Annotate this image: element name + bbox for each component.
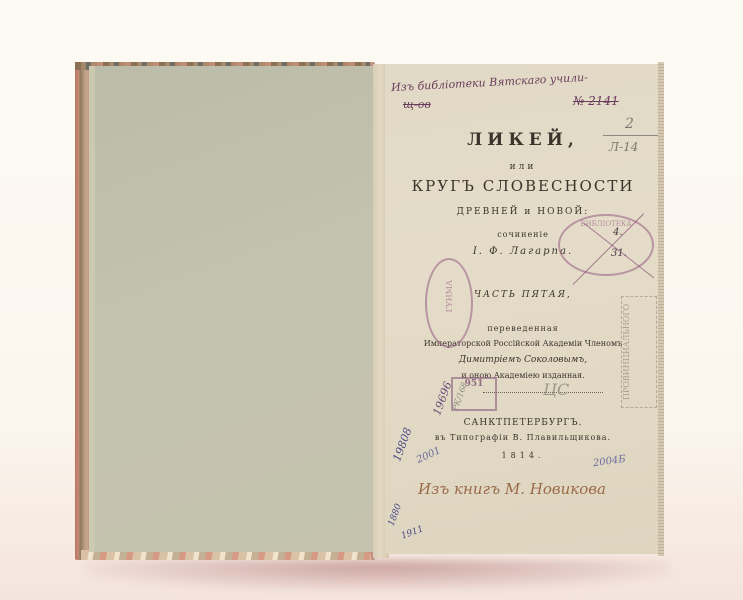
rectangular-stamp: ПРОВИНЦИАЛЬНОГО: [621, 296, 657, 408]
book-shadow: [85, 560, 670, 590]
stamp-left-text: ГУИМА: [445, 280, 454, 312]
stamp-library-text: БИБЛІОТЕКА: [560, 220, 652, 228]
translator-affiliation: Императорской Россійской Академіи Членом…: [385, 339, 661, 348]
publisher-line: и оною Академіею изданная.: [385, 371, 661, 380]
imprint-city: САНКТПЕТЕРБУРГЪ.: [385, 418, 661, 428]
book-title: ЛИКЕЙ,: [385, 130, 661, 150]
open-book: Изъ библіотеки Вятскаго учили- щ-ов № 21…: [73, 62, 673, 562]
blank-flyleaf-page: [89, 66, 374, 552]
inventory-number: № 2141: [573, 94, 619, 108]
translated-label: переведенная: [385, 324, 661, 333]
book-subtitle: КРУГЪ СЛОВЕСНОСТИ: [385, 177, 661, 195]
imprint-printer: въ Типографіи В. Плавильщикова.: [385, 433, 661, 442]
stamp-rect-text: ПРОВИНЦИАЛЬНОГО: [622, 304, 631, 400]
title-connector: или: [385, 162, 661, 172]
translator-name: Димитріемъ Соколовымъ,: [385, 355, 661, 365]
provenance-inscription: Изъ книгъ М. Новикова: [418, 480, 606, 498]
inscription-continuation: щ-ов: [403, 98, 431, 111]
pencil-note-ts: ЦС: [543, 380, 569, 399]
left-oval-stamp: ГУИМА: [425, 258, 473, 348]
